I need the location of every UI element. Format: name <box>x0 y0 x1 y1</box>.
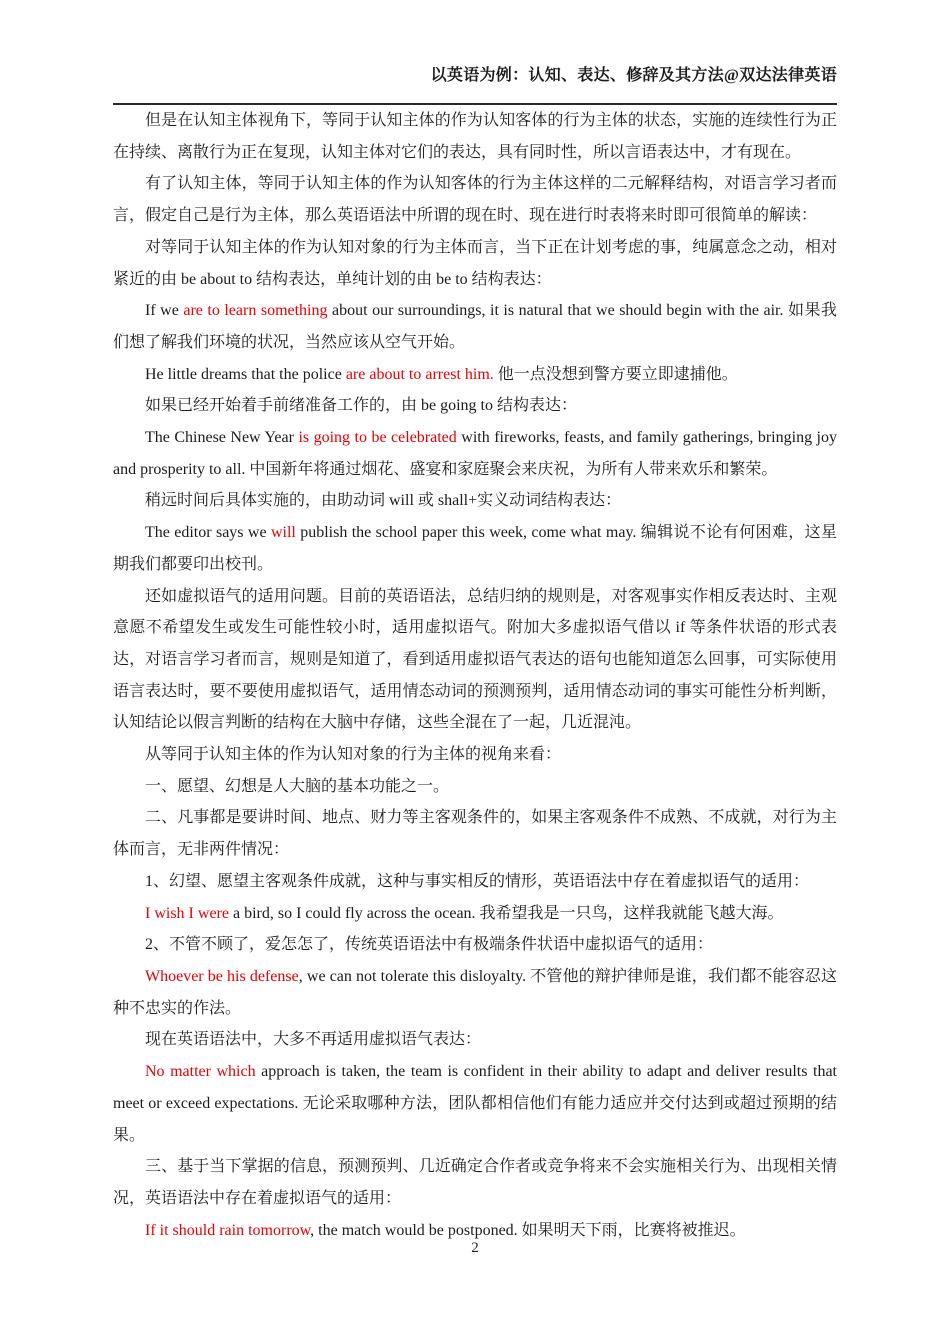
highlight-red-text: No matter which <box>145 1063 256 1080</box>
page-content: 以英语为例：认知、表达、修辞及其方法@双达法律英语 但是在认知主体视角下，等同于… <box>113 66 837 1246</box>
paragraph: 现在英语语法中，大多不再适用虚拟语气表达： <box>113 1024 837 1056</box>
paragraph: Whoever be his defense, we can not toler… <box>113 961 837 1024</box>
text-segment: a bird, so I could fly across the ocean.… <box>229 905 784 922</box>
text-segment: If we <box>145 302 183 319</box>
page-footer: 2 <box>0 1240 950 1257</box>
highlight-red-text: are to learn something <box>183 302 327 319</box>
paragraph: 二、凡事都是要讲时间、地点、财力等主客观条件的，如果主客观条件不成熟、不成就，对… <box>113 802 837 865</box>
paragraph: 还如虚拟语气的适用问题。目前的英语语法，总结归纳的规则是，对客观事实作相反表达时… <box>113 581 837 740</box>
text-segment: The Chinese New Year <box>145 429 298 446</box>
text-segment: 三、基于当下掌据的信息，预测预判、几近确定合作者或竞争将来不会实施相关行为、出现… <box>113 1158 837 1207</box>
text-segment: 有了认知主体，等同于认知主体的作为认知客体的行为主体这样的二元解释结构，对语言学… <box>113 175 837 224</box>
paragraph: 一、愿望、幻想是人大脑的基本功能之一。 <box>113 771 837 803</box>
paragraph: 三、基于当下掌据的信息，预测预判、几近确定合作者或竞争将来不会实施相关行为、出现… <box>113 1151 837 1214</box>
paragraph: 1、幻望、愿望主客观条件成就，这种与事实相反的情形，英语语法中存在着虚拟语气的适… <box>113 866 837 898</box>
highlight-red-text: are about to arrest him. <box>346 366 494 383</box>
text-segment: The editor says we <box>145 524 271 541</box>
paragraph: 稍远时间后具体实施的，由助动词 will 或 shall+实义动词结构表达： <box>113 485 837 517</box>
text-segment: 现在英语语法中，大多不再适用虚拟语气表达： <box>145 1031 481 1048</box>
text-segment: 他一点没想到警方要立即逮捕他。 <box>494 366 738 383</box>
text-segment: 一、愿望、幻想是人大脑的基本功能之一。 <box>145 778 449 795</box>
paragraph: If we are to learn something about our s… <box>113 295 837 358</box>
paragraph: The editor says we will publish the scho… <box>113 517 837 580</box>
text-segment: 如果已经开始着手前绪准备工作的，由 be going to 结构表达： <box>145 397 577 414</box>
paragraph: 如果已经开始着手前绪准备工作的，由 be going to 结构表达： <box>113 390 837 422</box>
paragraph: The Chinese New Year is going to be cele… <box>113 422 837 485</box>
text-segment: 从等同于认知主体的作为认知对象的行为主体的视角来看： <box>145 746 561 763</box>
paragraph: 2、不管不顾了，爱怎怎了，传统英语语法中有极端条件状语中虚拟语气的适用： <box>113 929 837 961</box>
paragraph: He little dreams that the police are abo… <box>113 359 837 391</box>
paragraph: 对等同于认知主体的作为认知对象的行为主体而言，当下正在计划考虑的事，纯属意念之动… <box>113 232 837 295</box>
paragraph: 但是在认知主体视角下，等同于认知主体的作为认知客体的行为主体的状态，实施的连续性… <box>113 105 837 168</box>
highlight-red-text: will <box>271 524 296 541</box>
text-segment: 还如虚拟语气的适用问题。目前的英语语法，总结归纳的规则是，对客观事实作相反表达时… <box>113 588 837 732</box>
text-segment: 二、凡事都是要讲时间、地点、财力等主客观条件的，如果主客观条件不成熟、不成就，对… <box>113 809 837 858</box>
text-segment: 2、不管不顾了，爱怎怎了，传统英语语法中有极端条件状语中虚拟语气的适用： <box>145 936 713 953</box>
paragraph: I wish I were a bird, so I could fly acr… <box>113 898 837 930</box>
text-segment: He little dreams that the police <box>145 366 346 383</box>
text-segment: 稍远时间后具体实施的，由助动词 will 或 shall+实义动词结构表达： <box>145 492 621 509</box>
text-segment: 对等同于认知主体的作为认知对象的行为主体而言，当下正在计划考虑的事，纯属意念之动… <box>113 239 837 288</box>
document-page: 以英语为例：认知、表达、修辞及其方法@双达法律英语 但是在认知主体视角下，等同于… <box>0 0 950 1344</box>
text-segment: 1、幻望、愿望主客观条件成就，这种与事实相反的情形，英语语法中存在着虚拟语气的适… <box>145 873 809 890</box>
paragraph: No matter which approach is taken, the t… <box>113 1056 837 1151</box>
page-number: 2 <box>471 1240 479 1256</box>
text-segment: 但是在认知主体视角下，等同于认知主体的作为认知客体的行为主体的状态，实施的连续性… <box>113 112 837 161</box>
highlight-red-text: If it should rain tomorrow <box>145 1222 310 1239</box>
document-body: 但是在认知主体视角下，等同于认知主体的作为认知客体的行为主体的状态，实施的连续性… <box>113 105 837 1246</box>
paragraph: 有了认知主体，等同于认知主体的作为认知客体的行为主体这样的二元解释结构，对语言学… <box>113 168 837 231</box>
highlight-red-text: is going to be celebrated <box>298 429 456 446</box>
header-title: 以英语为例：认知、表达、修辞及其方法@双达法律英语 <box>113 66 837 86</box>
text-segment: , the match would be postponed. 如果明天下雨，比… <box>310 1222 746 1239</box>
highlight-red-text: Whoever be his defense <box>145 968 299 985</box>
highlight-red-text: I wish I were <box>145 905 229 922</box>
paragraph: 从等同于认知主体的作为认知对象的行为主体的视角来看： <box>113 739 837 771</box>
